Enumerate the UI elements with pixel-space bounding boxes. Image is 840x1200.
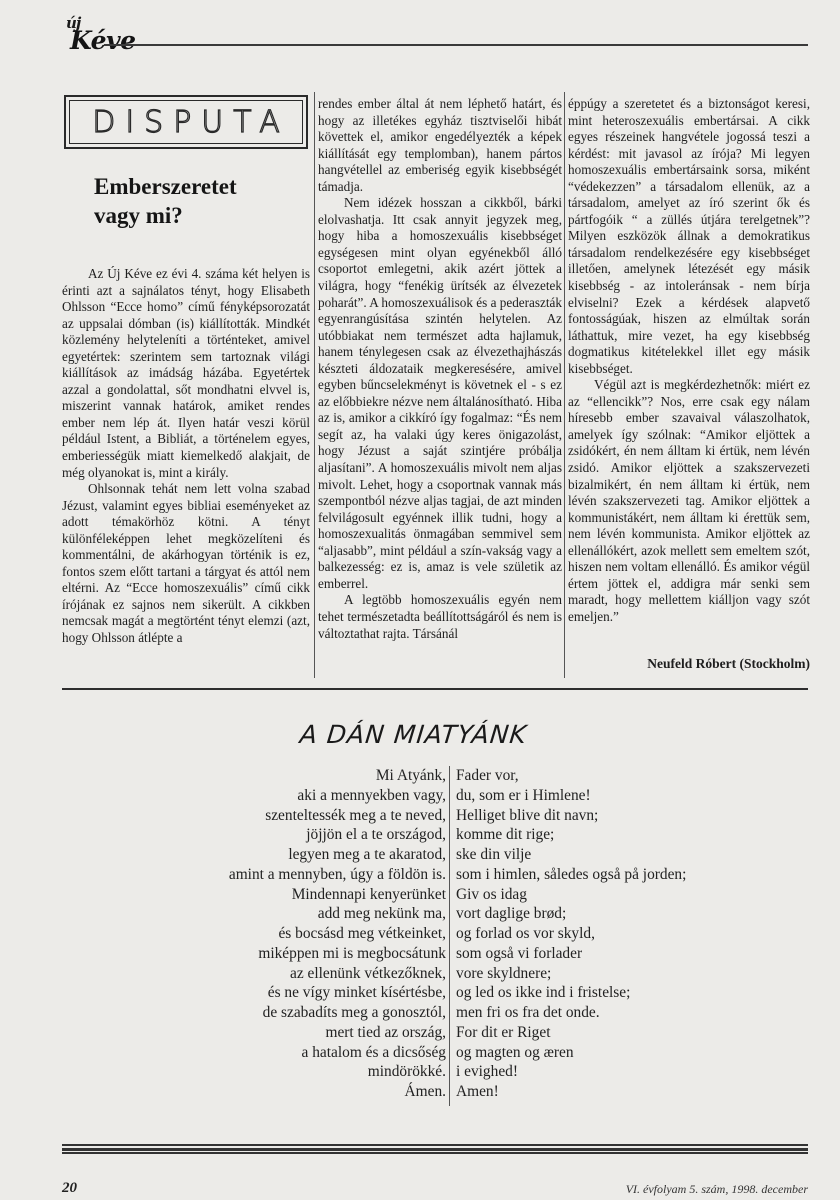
prayer-line: legyen meg a te akaratod,	[100, 845, 446, 865]
prayer-line: Helliget blive dit navn;	[456, 806, 796, 826]
footer-rule	[62, 1152, 808, 1154]
prayer-line: i evighed!	[456, 1062, 796, 1082]
prayer-line: og magten og æren	[456, 1043, 796, 1063]
prayer-line: Giv os idag	[456, 885, 796, 905]
prayer-line: miképpen mi is megbocsátunk	[100, 944, 446, 964]
header-rule	[104, 44, 808, 46]
section-label-box: DISPUTA	[64, 95, 308, 149]
issue-info: VI. évfolyam 5. szám, 1998. december	[626, 1182, 808, 1197]
prayer-line: add meg nekünk ma,	[100, 904, 446, 924]
article-column-1: Az Új Kéve ez évi 4. száma két helyen is…	[62, 266, 310, 647]
prayer-line: men fri os fra det onde.	[456, 1003, 796, 1023]
author-signature: Neufeld Róbert (Stockholm)	[568, 656, 810, 672]
section-divider	[62, 688, 808, 690]
prayer-line: du, som er i Himlene!	[456, 786, 796, 806]
prayer-line: Mindennapi kenyerünket	[100, 885, 446, 905]
paragraph: Végül azt is megkérdezhetnők: miért ez a…	[568, 377, 810, 625]
article-title: Emberszeretet vagy mi?	[94, 172, 294, 230]
prayer-line: jöjjön el a te országod,	[100, 825, 446, 845]
prayer-line: aki a mennyekben vagy,	[100, 786, 446, 806]
prayer-line: de szabadíts meg a gonosztól,	[100, 1003, 446, 1023]
prayer-line: vore skyldnere;	[456, 964, 796, 984]
paragraph: rendes ember által át nem léphető határt…	[318, 96, 562, 195]
prayer-line: mindörökké.	[100, 1062, 446, 1082]
prayer-line: Amen!	[456, 1082, 796, 1102]
prayer-line: amint a mennyben, úgy a földön is.	[100, 865, 446, 885]
paragraph: Ohlsonnak tehát nem lett volna szabad Jé…	[62, 481, 310, 646]
section-label-inner-frame: DISPUTA	[69, 100, 303, 144]
prayer-line: komme dit rige;	[456, 825, 796, 845]
paragraph: Az Új Kéve ez évi 4. száma két helyen is…	[62, 266, 310, 481]
prayer-line: az ellenünk vétkezőknek,	[100, 964, 446, 984]
prayer-danish: Fader vor, du, som er i Himlene! Hellige…	[456, 766, 796, 1102]
article-title-line2: vagy mi?	[94, 203, 183, 228]
prayer-line: szenteltessék meg a te neved,	[100, 806, 446, 826]
prayer-line: a hatalom és a dicsőség	[100, 1043, 446, 1063]
paragraph: Nem idézek hosszan a cikkből, bárki elol…	[318, 195, 562, 592]
section-label: DISPUTA	[82, 105, 290, 140]
prayer-line: og led os ikke ind i fristelse;	[456, 983, 796, 1003]
prayer-line: Ámen.	[100, 1082, 446, 1102]
prayer-title: A DÁN MIATYÁNK	[298, 720, 581, 749]
prayer-line: som også vi forlader	[456, 944, 796, 964]
prayer-line: mert tied az ország,	[100, 1023, 446, 1043]
page-number: 20	[62, 1180, 77, 1197]
masthead-logo: új Kéve	[64, 14, 214, 58]
article-title-line1: Emberszeretet	[94, 174, 237, 199]
footer-rule	[62, 1144, 808, 1146]
prayer-line: és ne vígy minket kísértésbe,	[100, 983, 446, 1003]
prayer-line: vort daglige brød;	[456, 904, 796, 924]
column-divider	[564, 92, 565, 678]
prayer-line: For dit er Riget	[456, 1023, 796, 1043]
prayer-line: és bocsásd meg vétkeinket,	[100, 924, 446, 944]
prayer-line: Mi Atyánk,	[100, 766, 446, 786]
footer-rules	[62, 1144, 808, 1156]
prayer-line: og forlad os vor skyld,	[456, 924, 796, 944]
magazine-page: új Kéve DISPUTA Emberszeretet vagy mi? A…	[0, 0, 840, 1200]
masthead-large-text: Kéve	[70, 26, 136, 55]
article-column-2: rendes ember által át nem léphető határt…	[318, 96, 562, 642]
prayer-line: Fader vor,	[456, 766, 796, 786]
paragraph: éppúgy a szeretetet és a biztonságot ker…	[568, 96, 810, 377]
article-column-3: éppúgy a szeretetet és a biztonságot ker…	[568, 96, 810, 626]
footer-rule	[62, 1148, 808, 1151]
prayer-column-divider	[449, 766, 450, 1106]
prayer-hungarian: Mi Atyánk, aki a mennyekben vagy, szente…	[100, 766, 446, 1102]
prayer-line: ske din vilje	[456, 845, 796, 865]
column-divider	[314, 92, 315, 678]
prayer-line: som i himlen, således også på jorden;	[456, 865, 796, 885]
paragraph: A legtöbb homoszexuális egyén nem tehet …	[318, 592, 562, 642]
